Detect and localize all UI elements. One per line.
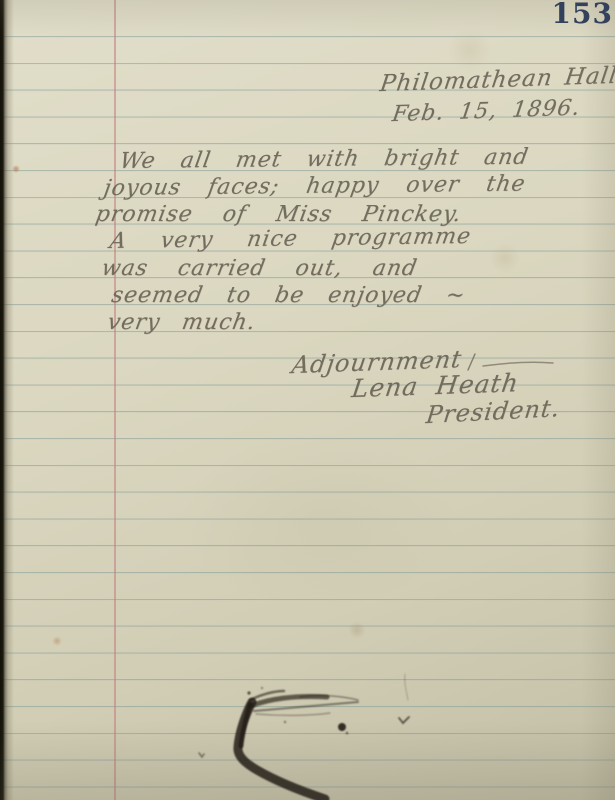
- body-line: seemed to be enjoyed ~: [110, 283, 468, 308]
- body-line: We all met with bright and: [118, 145, 531, 174]
- scanned-ledger-page: 153 Philomathean Hall Feb. 15, 1896. We …: [0, 0, 615, 800]
- body-line: A very nice programme: [108, 224, 473, 254]
- binding-edge: [0, 0, 14, 800]
- red-margin-line: [114, 0, 116, 800]
- body-line: joyous faces; happy over the: [102, 172, 528, 201]
- page-number: 153: [552, 0, 613, 30]
- body-line: was carried out, and: [100, 256, 420, 281]
- body-line: very much.: [106, 310, 258, 335]
- body-line: promise of Miss Pinckey.: [94, 202, 464, 227]
